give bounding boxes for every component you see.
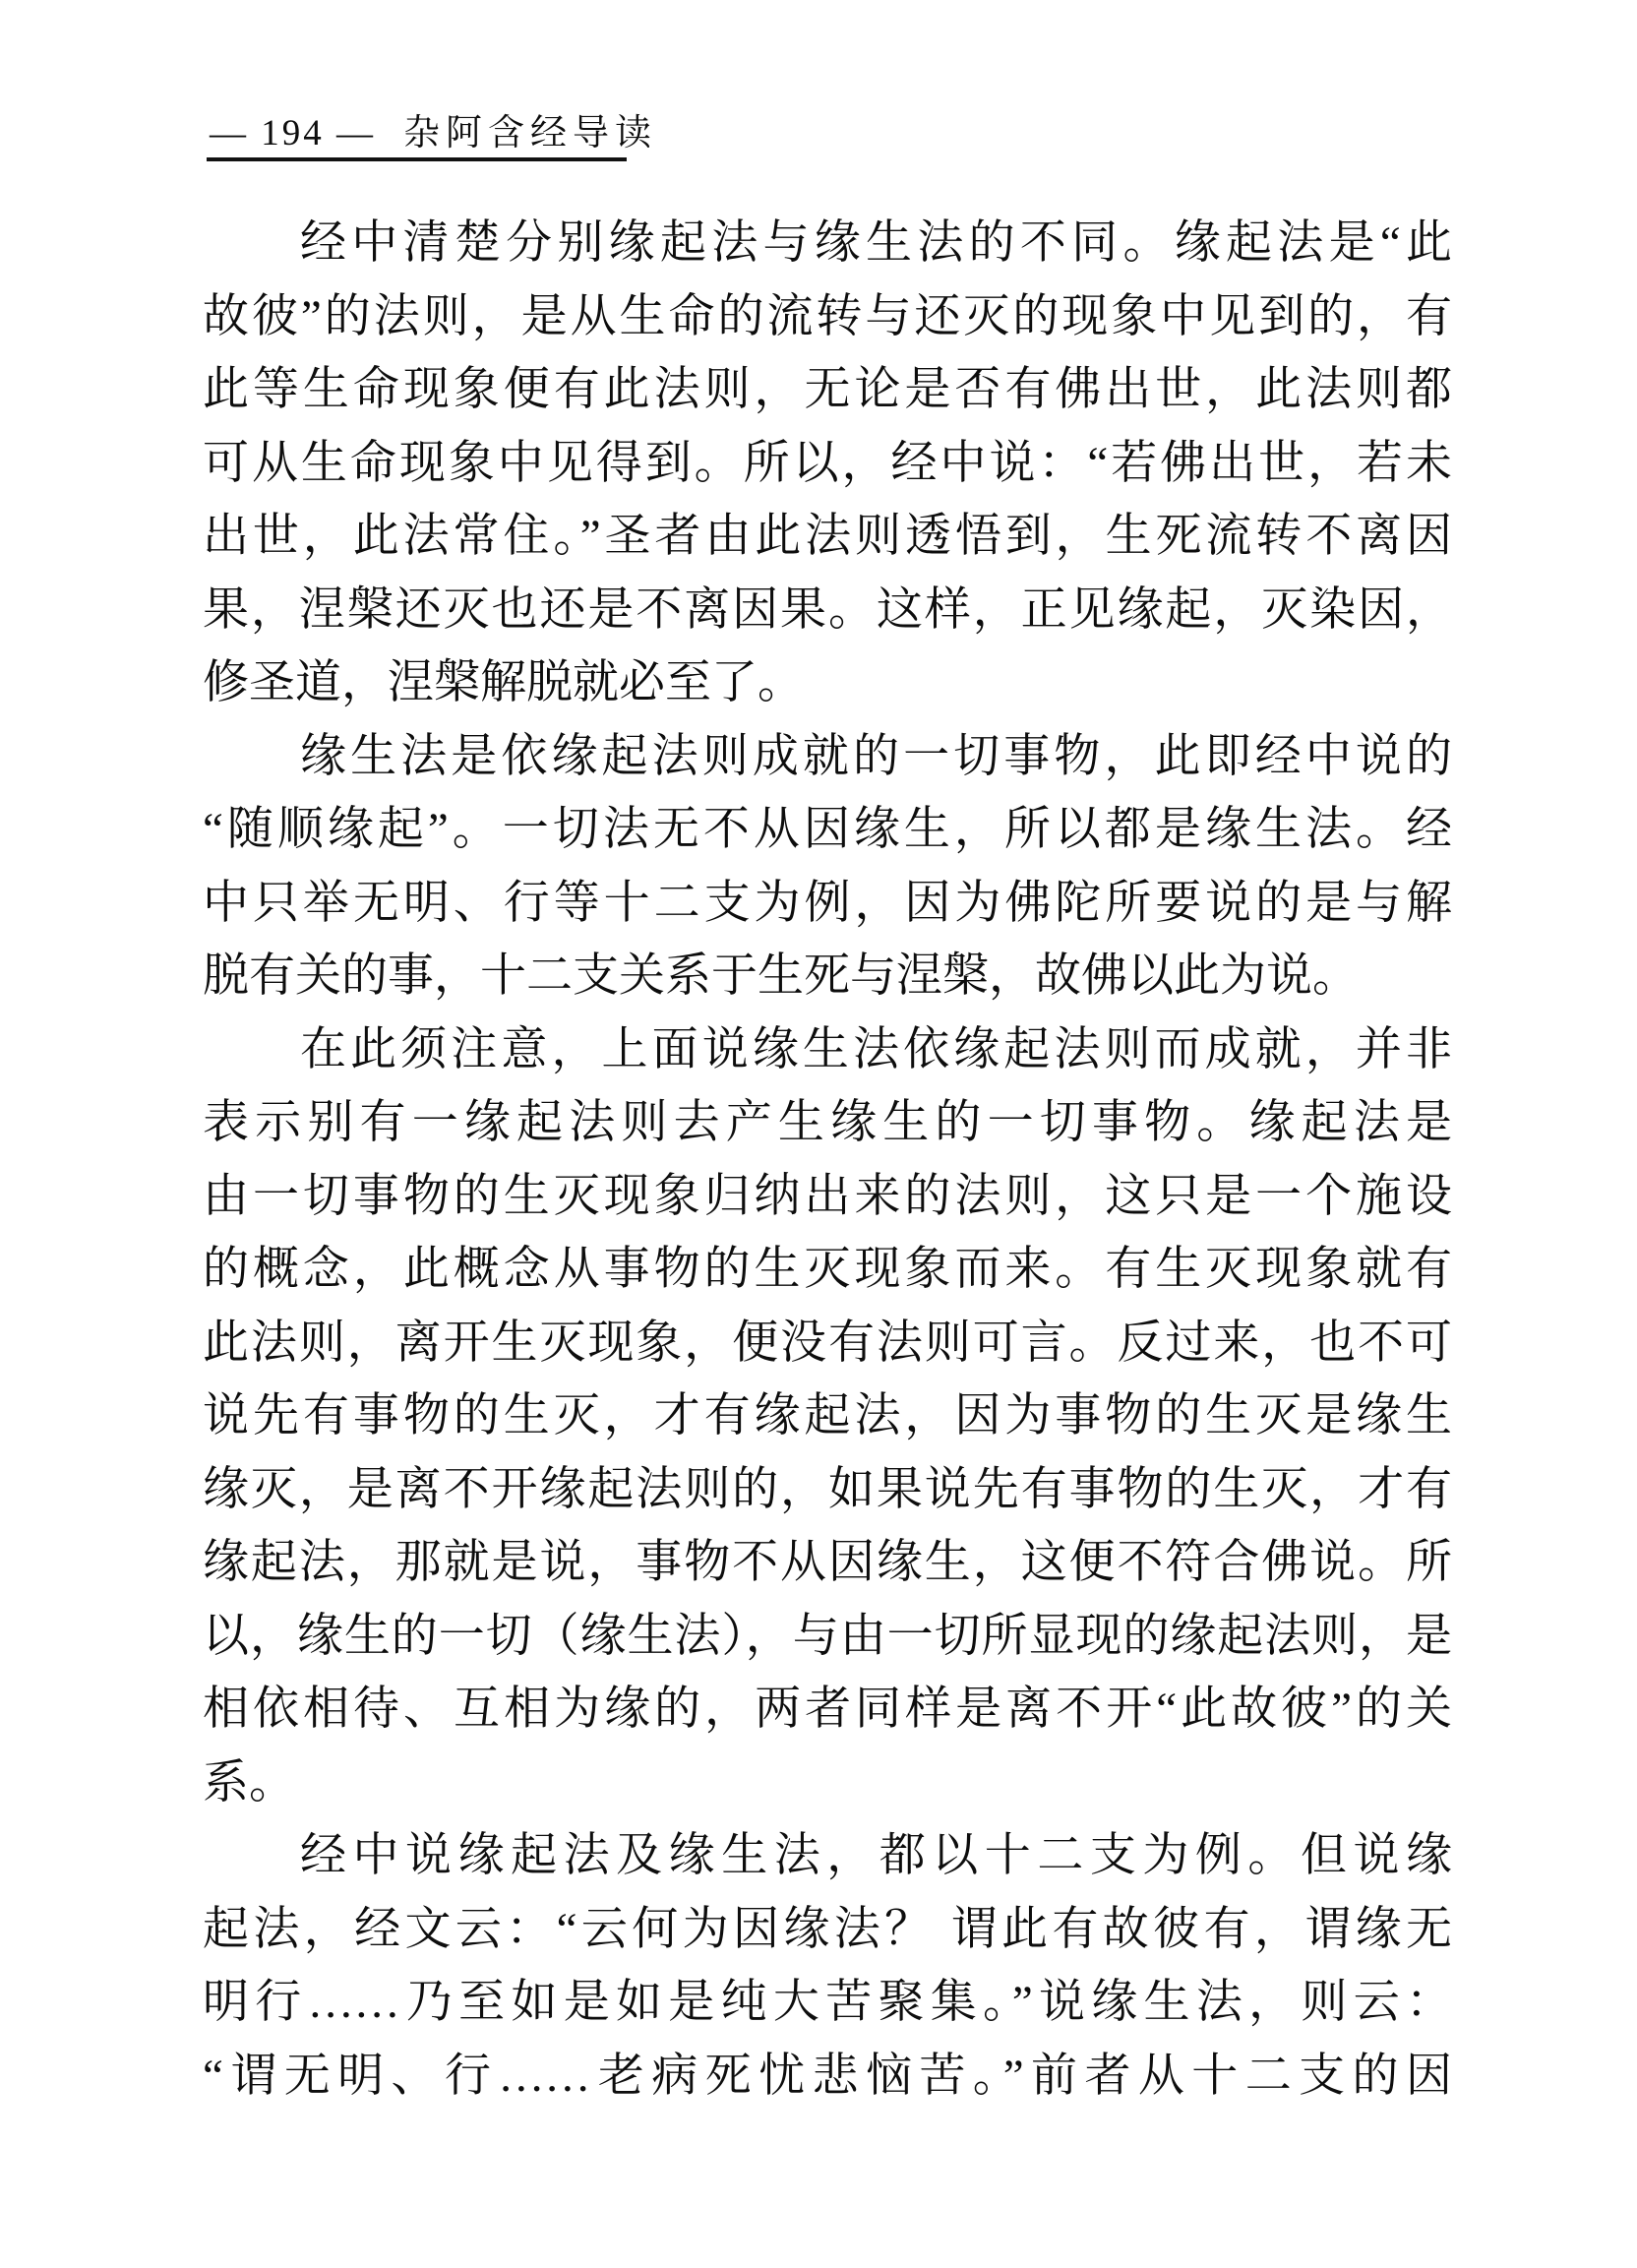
text-line: 脱有关的事，十二支关系于生死与涅槃，故佛以此为说。 [203,940,1452,1013]
scanned-book-page: — 194 — 杂阿含经导读 经中清楚分别缘起法与缘生法的不同。缘起法是“此 故… [0,0,1637,2268]
text-line: 故彼”的法则，是从生命的流转与还灭的现象中见到的，有 [203,280,1452,354]
text-line: 表示别有一缘起法则去产生缘生的一切事物。缘起法是 [203,1086,1452,1160]
text-line: 修圣道，涅槃解脱就必至了。 [203,646,1452,720]
text-line: 经中清楚分别缘起法与缘生法的不同。缘起法是“此 [203,207,1452,280]
text-line: 以，缘生的一切（缘生法），与由一切所显现的缘起法则，是 [203,1600,1452,1674]
text-line: 中只举无明、行等十二支为例，因为佛陀所要说的是与解 [203,867,1452,941]
text-line: 由一切事物的生灭现象归纳出来的法则，这只是一个施设 [203,1160,1452,1234]
text-line: 缘灭，是离不开缘起法则的，如果说先有事物的生灭，才有 [203,1453,1452,1527]
paragraph-4: 经中说缘起法及缘生法，都以十二支为例。但说缘 起法，经文云：“云何为因缘法？ 谓… [203,1819,1452,2113]
text-line: 明行……乃至如是如是纯大苦聚集。”说缘生法，则云： [203,1966,1452,2040]
text-line: 在此须注意，上面说缘生法依缘起法则而成就，并非 [203,1013,1452,1087]
text-line: 的概念，此概念从事物的生灭现象而来。有生灭现象就有 [203,1233,1452,1307]
text-line: 系。 [203,1747,1452,1820]
text-line: 起法，经文云：“云何为因缘法？ 谓此有故彼有，谓缘无 [203,1893,1452,1967]
paragraph-1: 经中清楚分别缘起法与缘生法的不同。缘起法是“此 故彼”的法则，是从生命的流转与还… [203,207,1452,720]
running-header: — 194 — 杂阿含经导读 [210,102,657,155]
paragraph-3: 在此须注意，上面说缘生法依缘起法则而成就，并非 表示别有一缘起法则去产生缘生的一… [203,1013,1452,1820]
paragraph-2: 缘生法是依缘起法则成就的一切事物，此即经中说的 “随顺缘起”。一切法无不从因缘生… [203,720,1452,1013]
text-line: 此等生命现象便有此法则，无论是否有佛出世，此法则都 [203,353,1452,427]
text-line: 缘起法，那就是说，事物不从因缘生，这便不符合佛说。所 [203,1526,1452,1600]
text-line: 此法则，离开生灭现象，便没有法则可言。反过来，也不可 [203,1307,1452,1380]
text-line: 经中说缘起法及缘生法，都以十二支为例。但说缘 [203,1819,1452,1893]
text-line: “谓无明、行……老病死忧悲恼苦。”前者从十二支的因 [203,2040,1452,2114]
text-line: 出世，此法常住。”圣者由此法则透悟到，生死流转不离因 [203,500,1452,574]
text-line: 缘生法是依缘起法则成就的一切事物，此即经中说的 [203,720,1452,794]
text-line: “随顺缘起”。一切法无不从因缘生，所以都是缘生法。经 [203,793,1452,867]
text-line: 说先有事物的生灭，才有缘起法，因为事物的生灭是缘生 [203,1379,1452,1453]
book-title: 杂阿含经导读 [403,102,657,155]
page-body: 经中清楚分别缘起法与缘生法的不同。缘起法是“此 故彼”的法则，是从生命的流转与还… [203,207,1452,2113]
text-line: 果，涅槃还灭也还是不离因果。这样，正见缘起，灭染因， [203,574,1452,647]
text-line: 可从生命现象中见得到。所以，经中说：“若佛出世，若未 [203,427,1452,501]
page-number: — 194 — [210,112,376,154]
text-line: 相依相待、互相为缘的，两者同样是离不开“此故彼”的关 [203,1673,1452,1747]
header-rule [207,157,627,161]
